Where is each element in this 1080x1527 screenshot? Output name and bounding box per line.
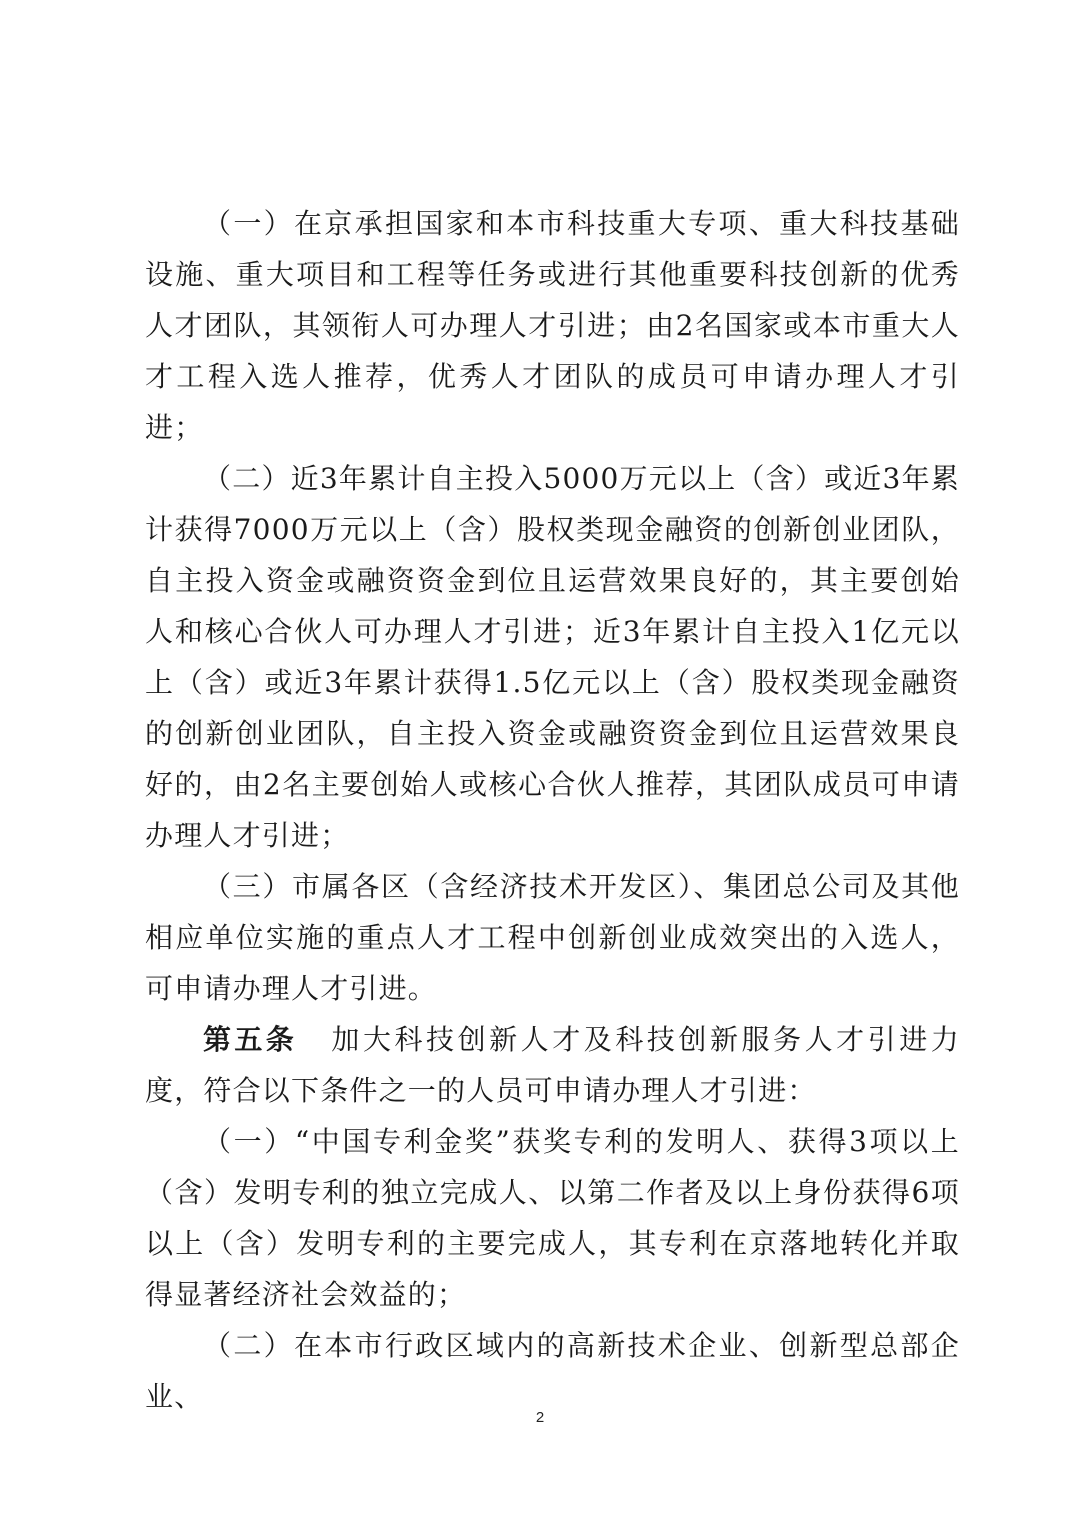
article-paragraph: 第五条加大科技创新人才及科技创新服务人才引进力度，符合以下条件之一的人员可申请办… [145, 1014, 960, 1116]
document-body: （一）在京承担国家和本市科技重大专项、重大科技基础设施、重大项目和工程等任务或进… [145, 198, 960, 1422]
clause-paragraph-1: （一）在京承担国家和本市科技重大专项、重大科技基础设施、重大项目和工程等任务或进… [145, 198, 960, 453]
clause-paragraph-5: （二）在本市行政区域内的高新技术企业、创新型总部企业、 [145, 1320, 960, 1422]
clause-paragraph-3: （三）市属各区（含经济技术开发区）、集团总公司及其他相应单位实施的重点人才工程中… [145, 861, 960, 1014]
article-heading: 第五条 [203, 1023, 297, 1056]
page-number: 2 [0, 1409, 1080, 1426]
clause-paragraph-2: （二）近3年累计自主投入5000万元以上（含）或近3年累计获得7000万元以上（… [145, 453, 960, 861]
document-page: （一）在京承担国家和本市科技重大专项、重大科技基础设施、重大项目和工程等任务或进… [0, 0, 1080, 1527]
clause-paragraph-4: （一）“中国专利金奖”获奖专利的发明人、获得3项以上（含）发明专利的独立完成人、… [145, 1116, 960, 1320]
